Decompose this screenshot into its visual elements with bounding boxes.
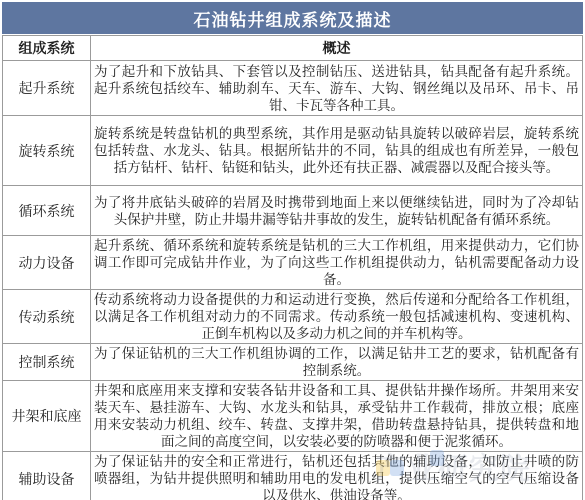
system-name: 辅助设备 <box>3 452 91 500</box>
system-description: 起升系统、循环系统和旋转系统是钻机的三大工作机组，用来提供动力，它们协调工作即可… <box>91 236 583 290</box>
system-description: 为了保证钻机的三大工作机组协调的工作，以满足钻井工艺的要求，钻机配备有控制系统。 <box>91 344 583 381</box>
table-row: 井架和底座井架和底座用来支撑和安装各钻井设备和工具、提供钻井操作场所。井架用来安… <box>3 381 583 452</box>
table-row: 控制系统为了保证钻机的三大工作机组协调的工作，以满足钻井工艺的要求，钻机配备有控… <box>3 344 583 381</box>
table-row: 动力设备起升系统、循环系统和旋转系统是钻机的三大工作机组，用来提供动力，它们协调… <box>3 236 583 290</box>
table-row: 起升系统为了起升和下放钻具、下套管以及控制钻压、送进钻具，钻具配备有起升系统。起… <box>3 61 583 116</box>
system-description: 传动系统将动力设备提供的力和运动进行变换，然后传递和分配给各工作机组，以满足各工… <box>91 290 583 344</box>
table-row: 辅助设备为了保证钻井的安全和正常进行，钻机还包括其他的辅助设备，如防止井喷的防喷… <box>3 452 583 500</box>
system-name: 传动系统 <box>3 290 91 344</box>
table-row: 旋转系统旋转系统是转盘钻机的典型系统，其作用是驱动钻具旋转以破碎岩层，旋转系统包… <box>3 116 583 186</box>
page-title: 石油钻井组成系统及描述 <box>2 2 583 34</box>
system-description: 为了起升和下放钻具、下套管以及控制钻压、送进钻具，钻具配备有起升系统。起升系统包… <box>91 61 583 116</box>
system-name: 控制系统 <box>3 344 91 381</box>
system-name: 起升系统 <box>3 61 91 116</box>
table-row: 循环系统为了将井底钻头破碎的岩屑及时携带到地面上来以便继续钻进，同时为了冷却钻头… <box>3 186 583 236</box>
system-name: 动力设备 <box>3 236 91 290</box>
drilling-systems-infographic: 石油钻井组成系统及描述 组成系统 概述 起升系统为了起升和下放钻具、下套管以及控… <box>0 0 585 500</box>
system-description: 旋转系统是转盘钻机的典型系统，其作用是驱动钻具旋转以破碎岩层，旋转系统包括转盘、… <box>91 116 583 186</box>
table-header-row: 组成系统 概述 <box>3 36 583 61</box>
column-header-system: 组成系统 <box>3 36 91 61</box>
system-description: 井架和底座用来支撑和安装各钻井设备和工具、提供钻井操作场所。井架用来安装天车、悬… <box>91 381 583 452</box>
table-row: 传动系统传动系统将动力设备提供的力和运动进行变换，然后传递和分配给各工作机组，以… <box>3 290 583 344</box>
system-description: 为了将井底钻头破碎的岩屑及时携带到地面上来以便继续钻进，同时为了冷却钻头保护井壁… <box>91 186 583 236</box>
system-name: 循环系统 <box>3 186 91 236</box>
column-header-overview: 概述 <box>91 36 583 61</box>
system-description: 为了保证钻井的安全和正常进行，钻机还包括其他的辅助设备，如防止井喷的防喷器组，为… <box>91 452 583 500</box>
systems-table: 组成系统 概述 起升系统为了起升和下放钻具、下套管以及控制钻压、送进钻具，钻具配… <box>2 35 583 500</box>
system-name: 旋转系统 <box>3 116 91 186</box>
system-name: 井架和底座 <box>3 381 91 452</box>
